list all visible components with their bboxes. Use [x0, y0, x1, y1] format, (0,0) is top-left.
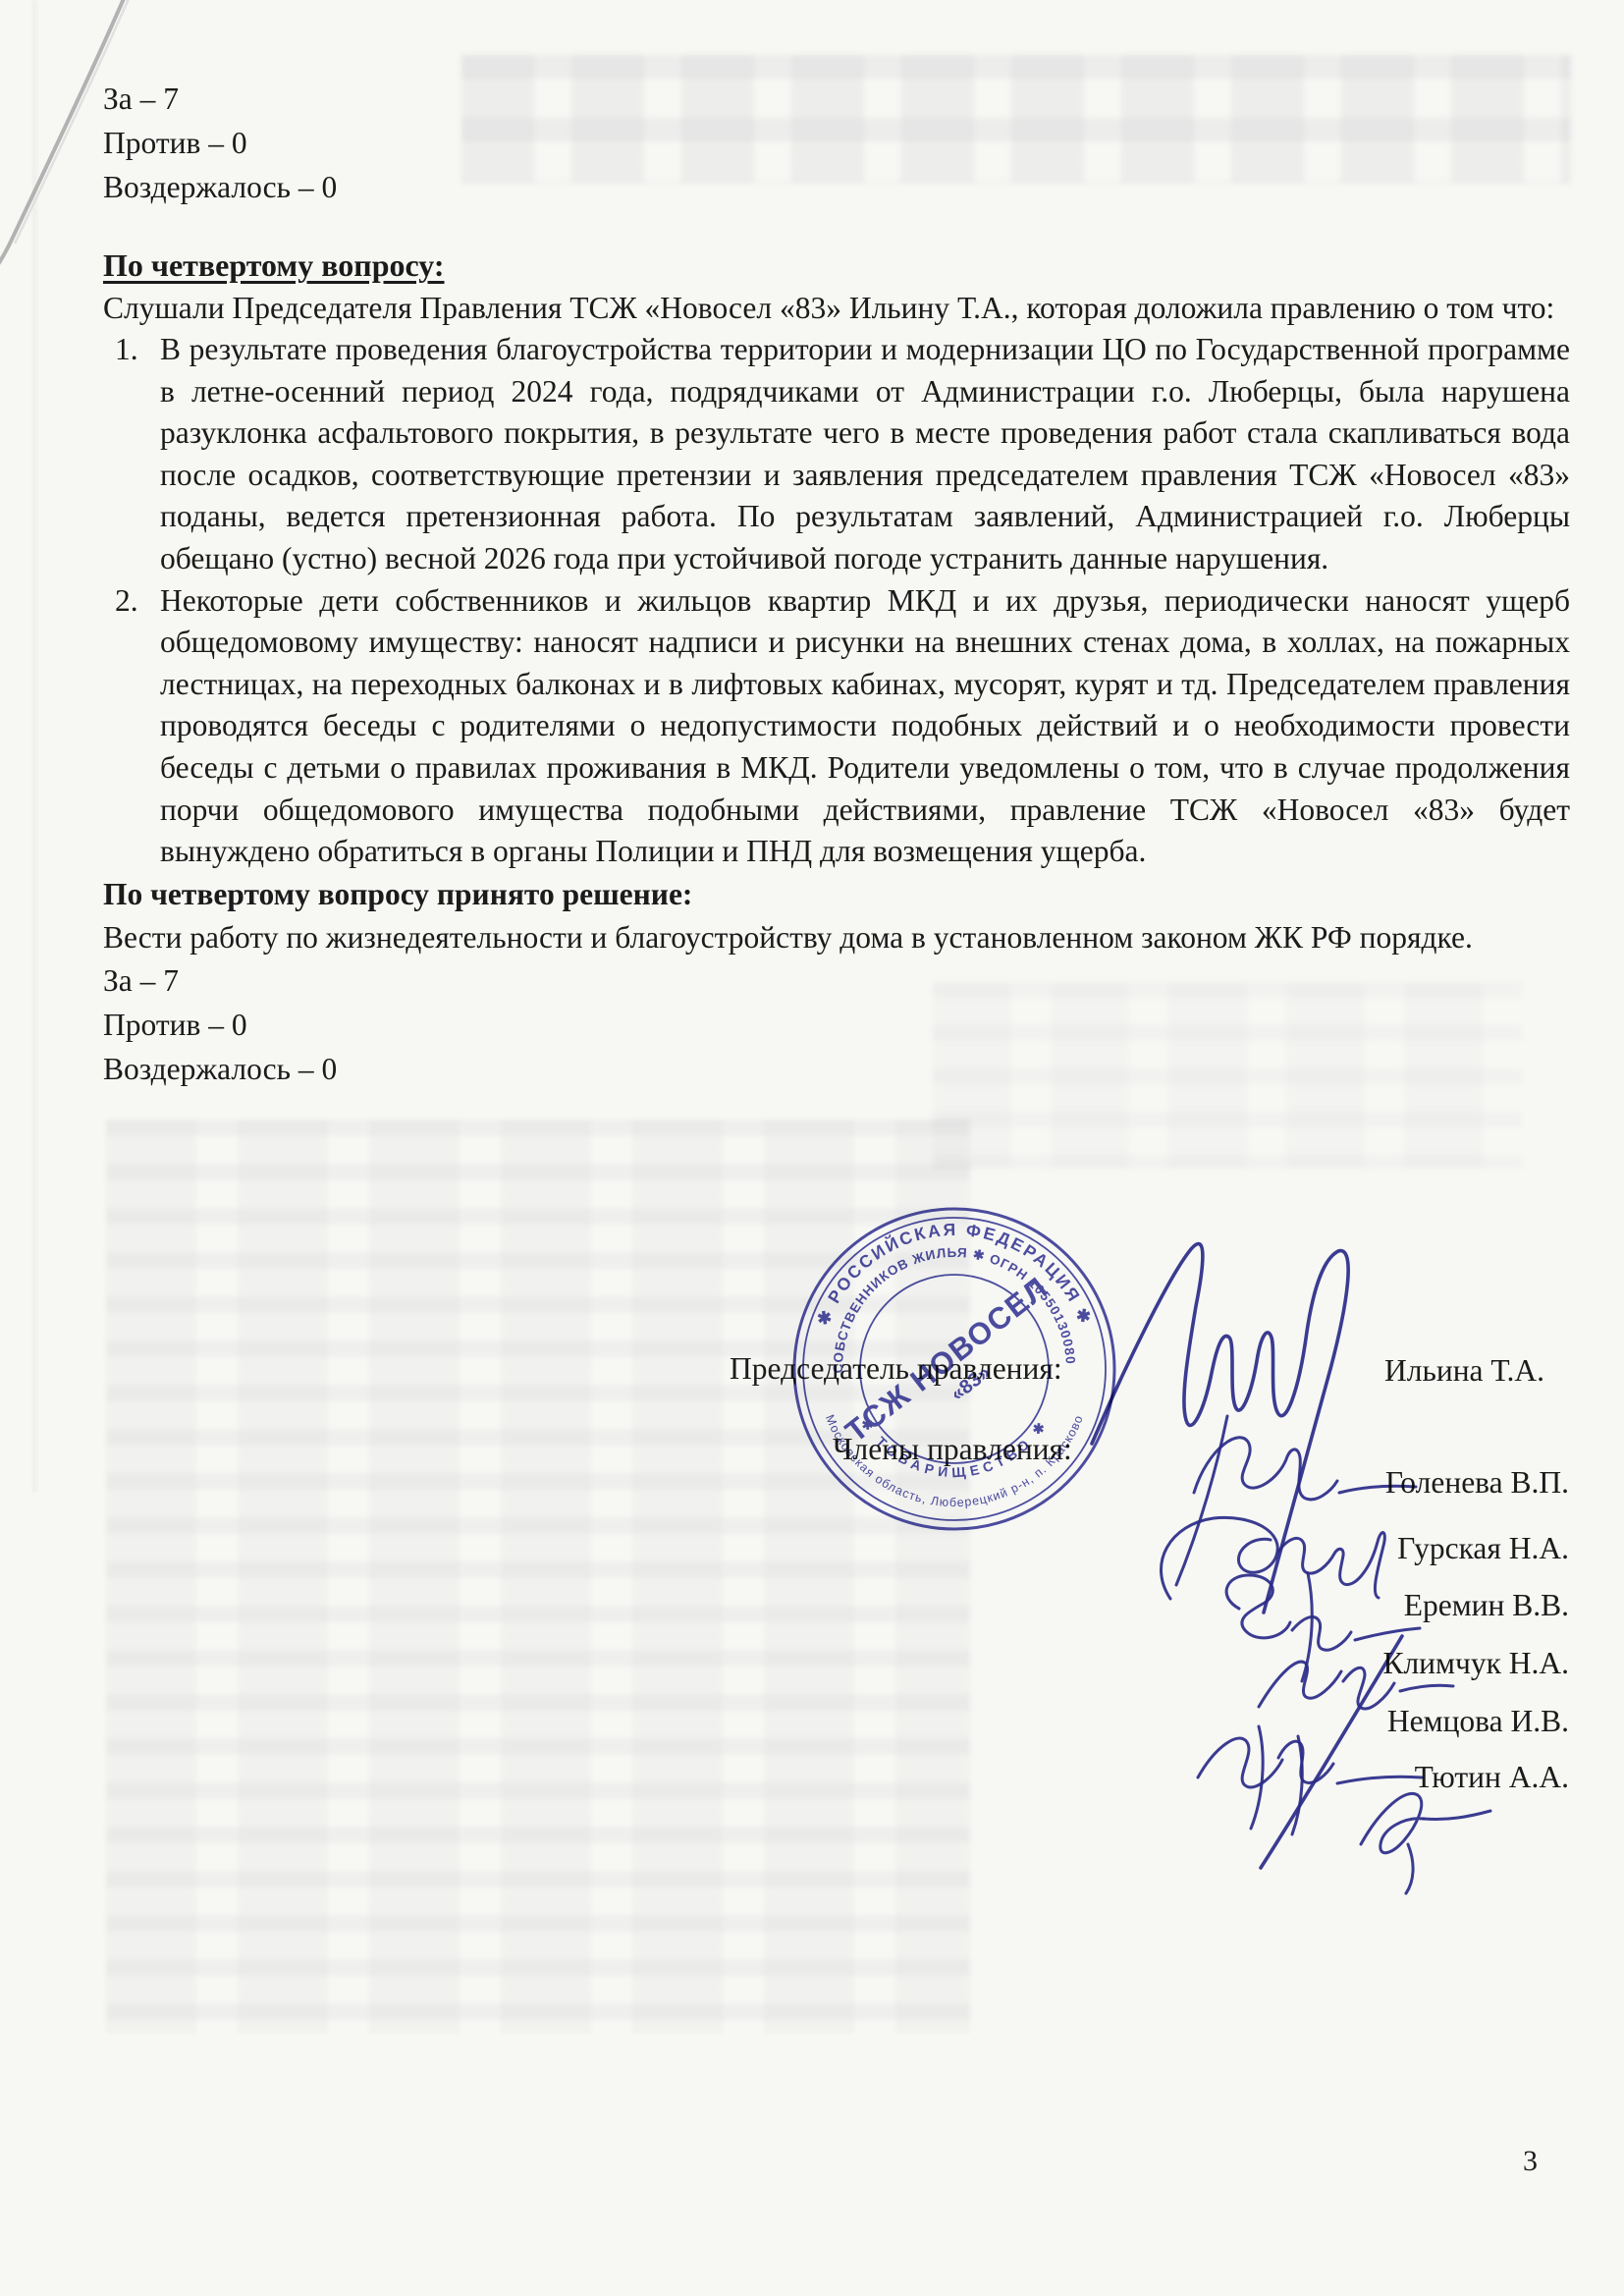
signature-ilyina — [1092, 1243, 1348, 1613]
section-intro: Слушали Председателя Правления ТСЖ «Ново… — [103, 287, 1570, 329]
list-item-text: В результате проведения благоустройства … — [160, 329, 1570, 580]
vote-results-question3: За – 7 Против – 0 Воздержалось – 0 — [103, 77, 1570, 209]
list-item-number: 1. — [103, 329, 160, 580]
list-item-1: 1. В результате проведения благоустройст… — [103, 329, 1570, 580]
decision-heading: По четвертому вопросу принято решение: — [103, 873, 1570, 916]
list-item-2: 2. Некоторые дети собственников и жильцо… — [103, 580, 1570, 873]
signatures-overlay — [1031, 1208, 1600, 1895]
page-number: 3 — [1523, 2145, 1538, 2178]
vote-za: За – 7 — [103, 77, 1570, 121]
section-heading: По четвертому вопросу: — [103, 245, 445, 287]
scanned-protocol-page: За – 7 Против – 0 Воздержалось – 0 По че… — [0, 0, 1624, 2296]
list-item-text: Некоторые дети собственников и жильцов к… — [160, 580, 1570, 873]
signature-eremin — [1226, 1573, 1420, 1681]
vote-abstain: Воздержалось – 0 — [103, 165, 1570, 209]
vote-against: Против – 0 — [103, 121, 1570, 165]
vote-results-question4: За – 7 Против – 0 Воздержалось – 0 — [103, 958, 1570, 1091]
signature-nemtsova — [1198, 1726, 1422, 1834]
vote-za: За – 7 — [103, 958, 1570, 1003]
decision-text: Вести работу по жизнедеятельности и благ… — [103, 916, 1570, 958]
vote-against: Против – 0 — [103, 1003, 1570, 1047]
signature-tyutin — [1261, 1636, 1490, 1893]
vote-abstain: Воздержалось – 0 — [103, 1047, 1570, 1091]
signature-klimchuk — [1259, 1662, 1453, 1709]
list-item-number: 2. — [103, 580, 160, 873]
document-body: За – 7 Против – 0 Воздержалось – 0 По че… — [103, 77, 1570, 1091]
